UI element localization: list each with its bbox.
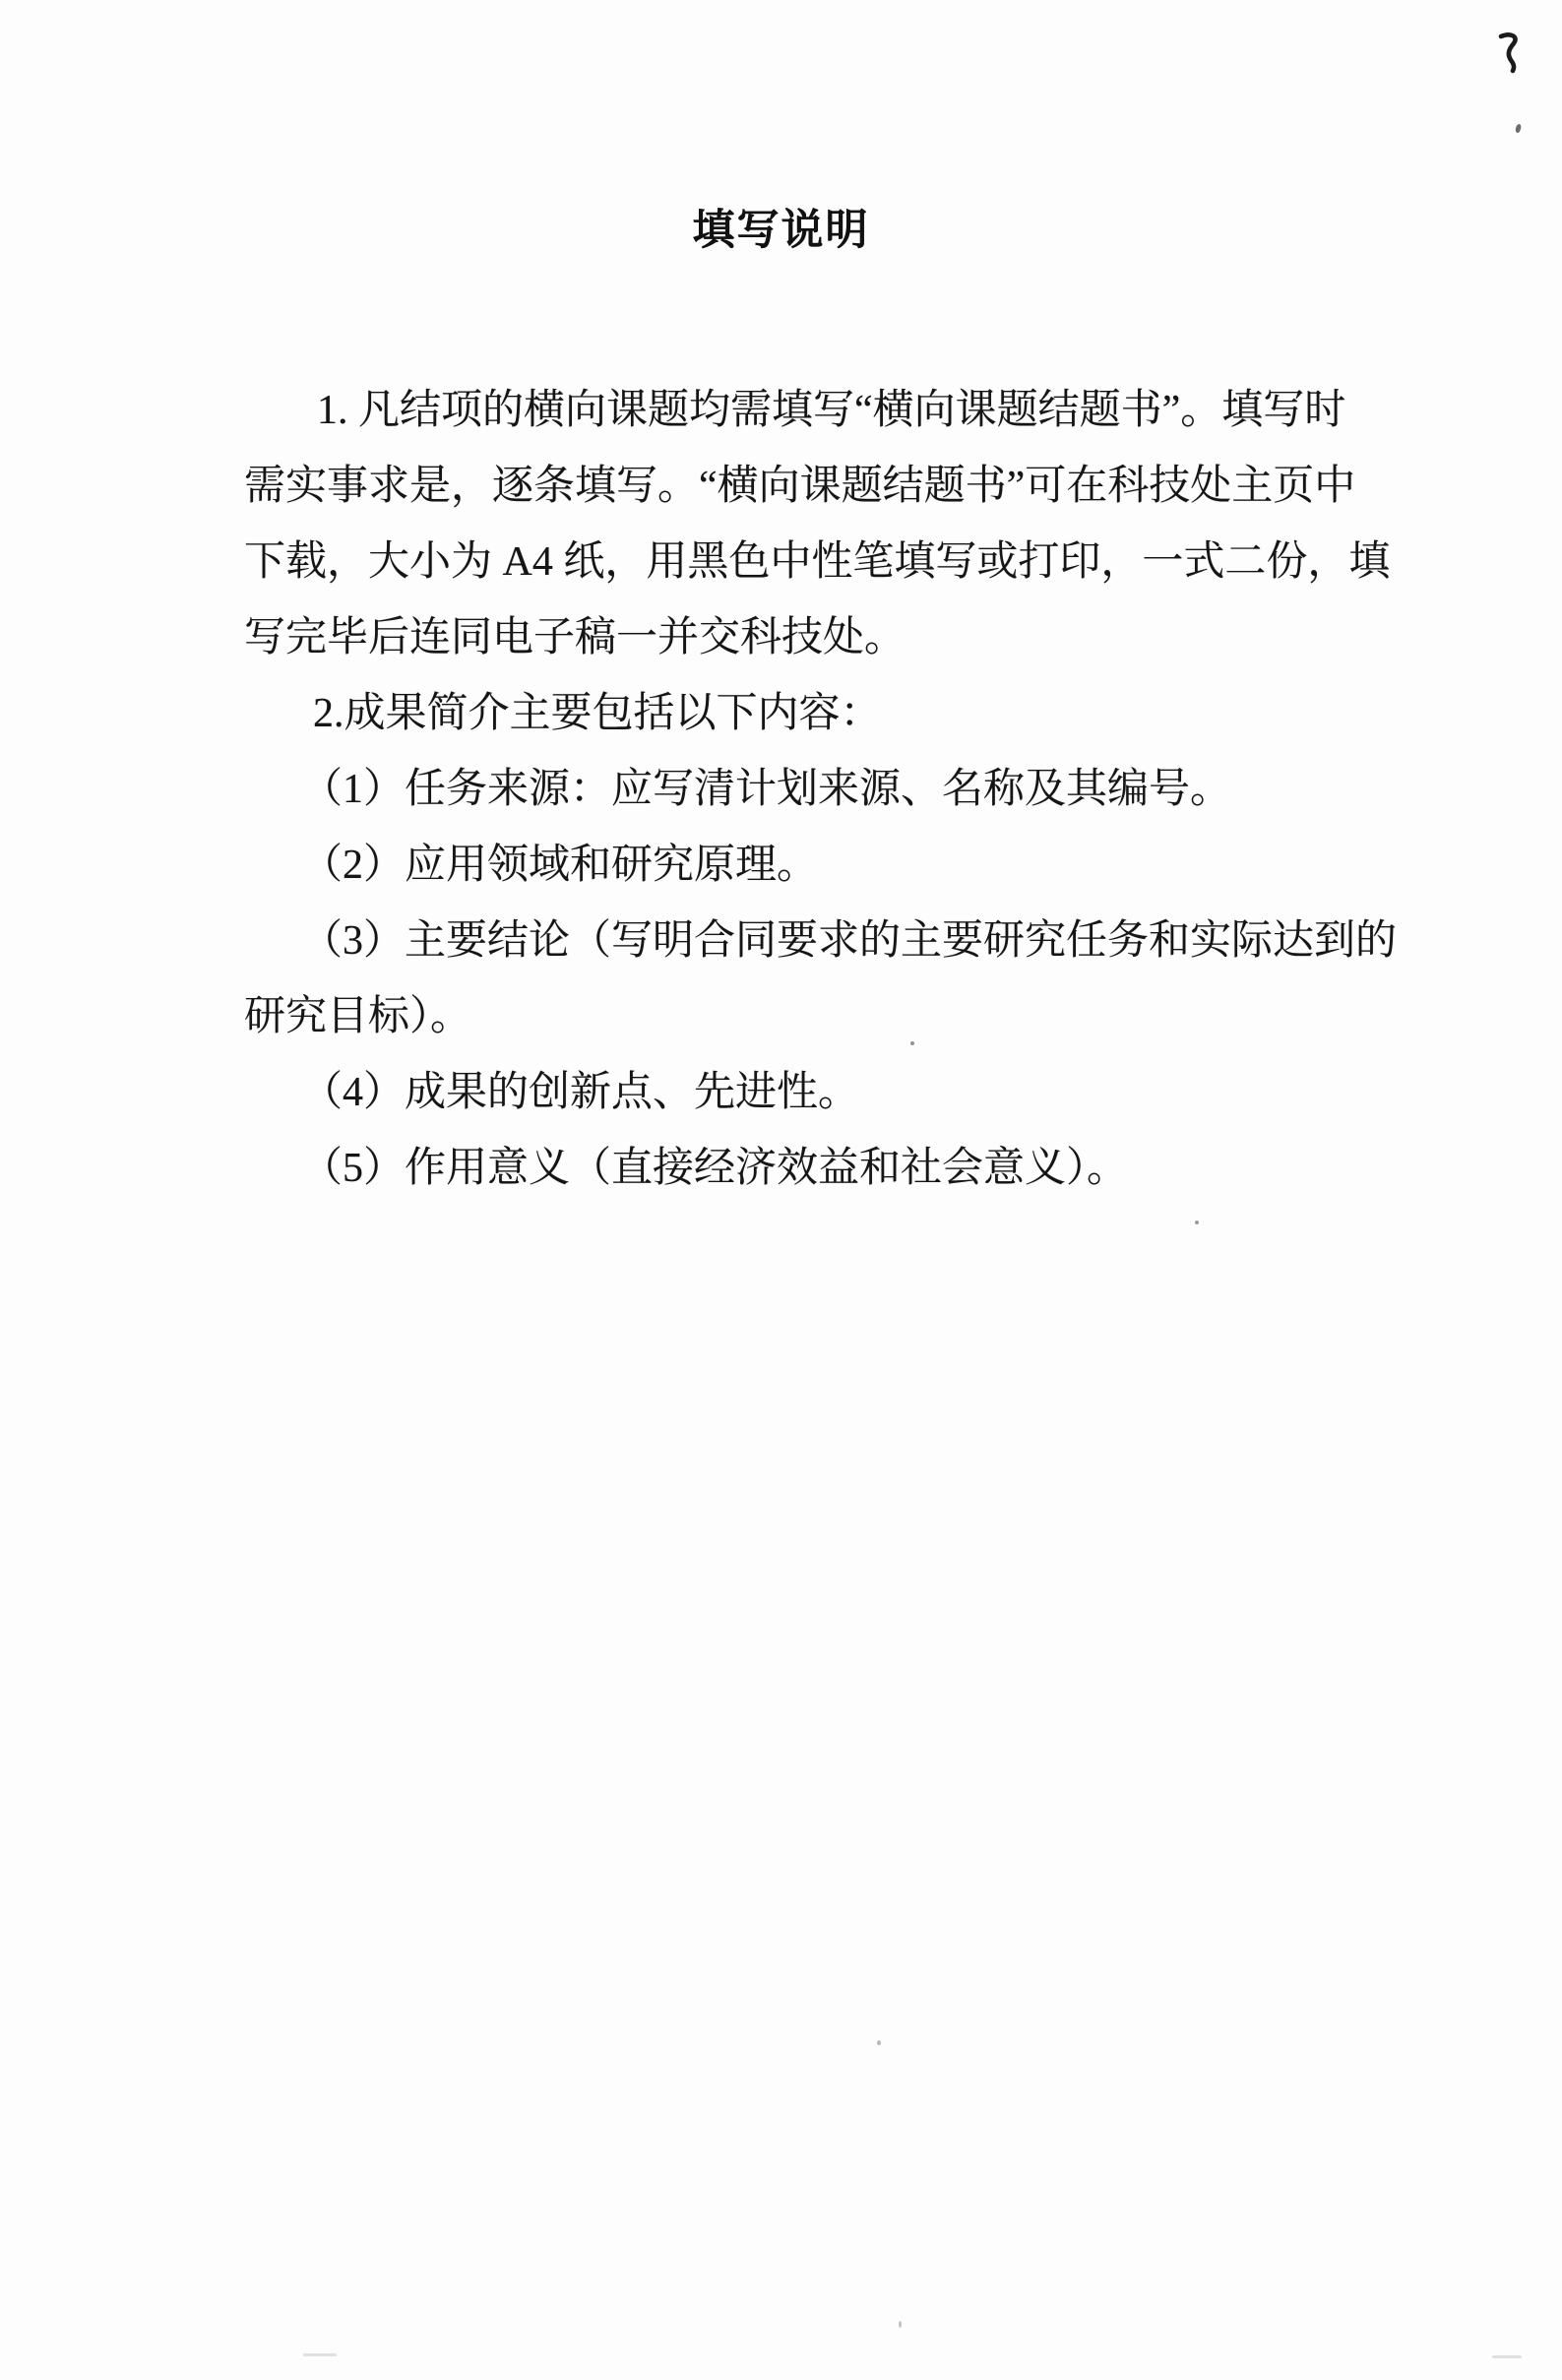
- document-line-5: 2.成果简介主要包括以下内容：: [244, 676, 1319, 752]
- document-line-10: （4）成果的创新点、先进性。: [244, 1055, 1319, 1131]
- scan-speck: [877, 2040, 881, 2045]
- document-body: 1. 凡结项的横向课题均需填写“横向课题结题书”。填写时 需实事求是，逐条填写。…: [244, 373, 1319, 1207]
- document-line-11: （5）作用意义（直接经济效益和社会意义）。: [244, 1131, 1319, 1207]
- document-line-3: 下载，大小为 A4 纸，用黑色中性笔填写或打印，一式二份，填: [244, 525, 1319, 600]
- scanned-document-page: 填写说明 1. 凡结项的横向课题均需填写“横向课题结题书”。填写时 需实事求是，…: [0, 0, 1562, 2380]
- document-title: 填写说明: [0, 0, 1562, 263]
- document-line-9: 研究目标）。: [244, 979, 1319, 1055]
- document-line-2: 需实事求是，逐条填写。“横向课题结题书”可在科技处主页中: [244, 449, 1319, 525]
- ink-squiggle-mark: [1494, 31, 1526, 77]
- document-line-4: 写完毕后连同电子稿一并交科技处。: [244, 600, 1319, 676]
- document-line-7: （2）应用领域和研究原理。: [244, 828, 1319, 904]
- scan-speck: [899, 2321, 902, 2328]
- scan-smudge: [1492, 2355, 1522, 2358]
- document-line-6: （1）任务来源：应写清计划来源、名称及其编号。: [244, 752, 1319, 828]
- document-line-8: （3）主要结论（写明合同要求的主要研究任务和实际达到的: [244, 904, 1319, 979]
- scan-speck: [1195, 1221, 1199, 1224]
- scan-speck: [910, 1041, 914, 1045]
- document-line-1: 1. 凡结项的横向课题均需填写“横向课题结题书”。填写时: [244, 373, 1319, 449]
- scan-smudge: [303, 2353, 337, 2356]
